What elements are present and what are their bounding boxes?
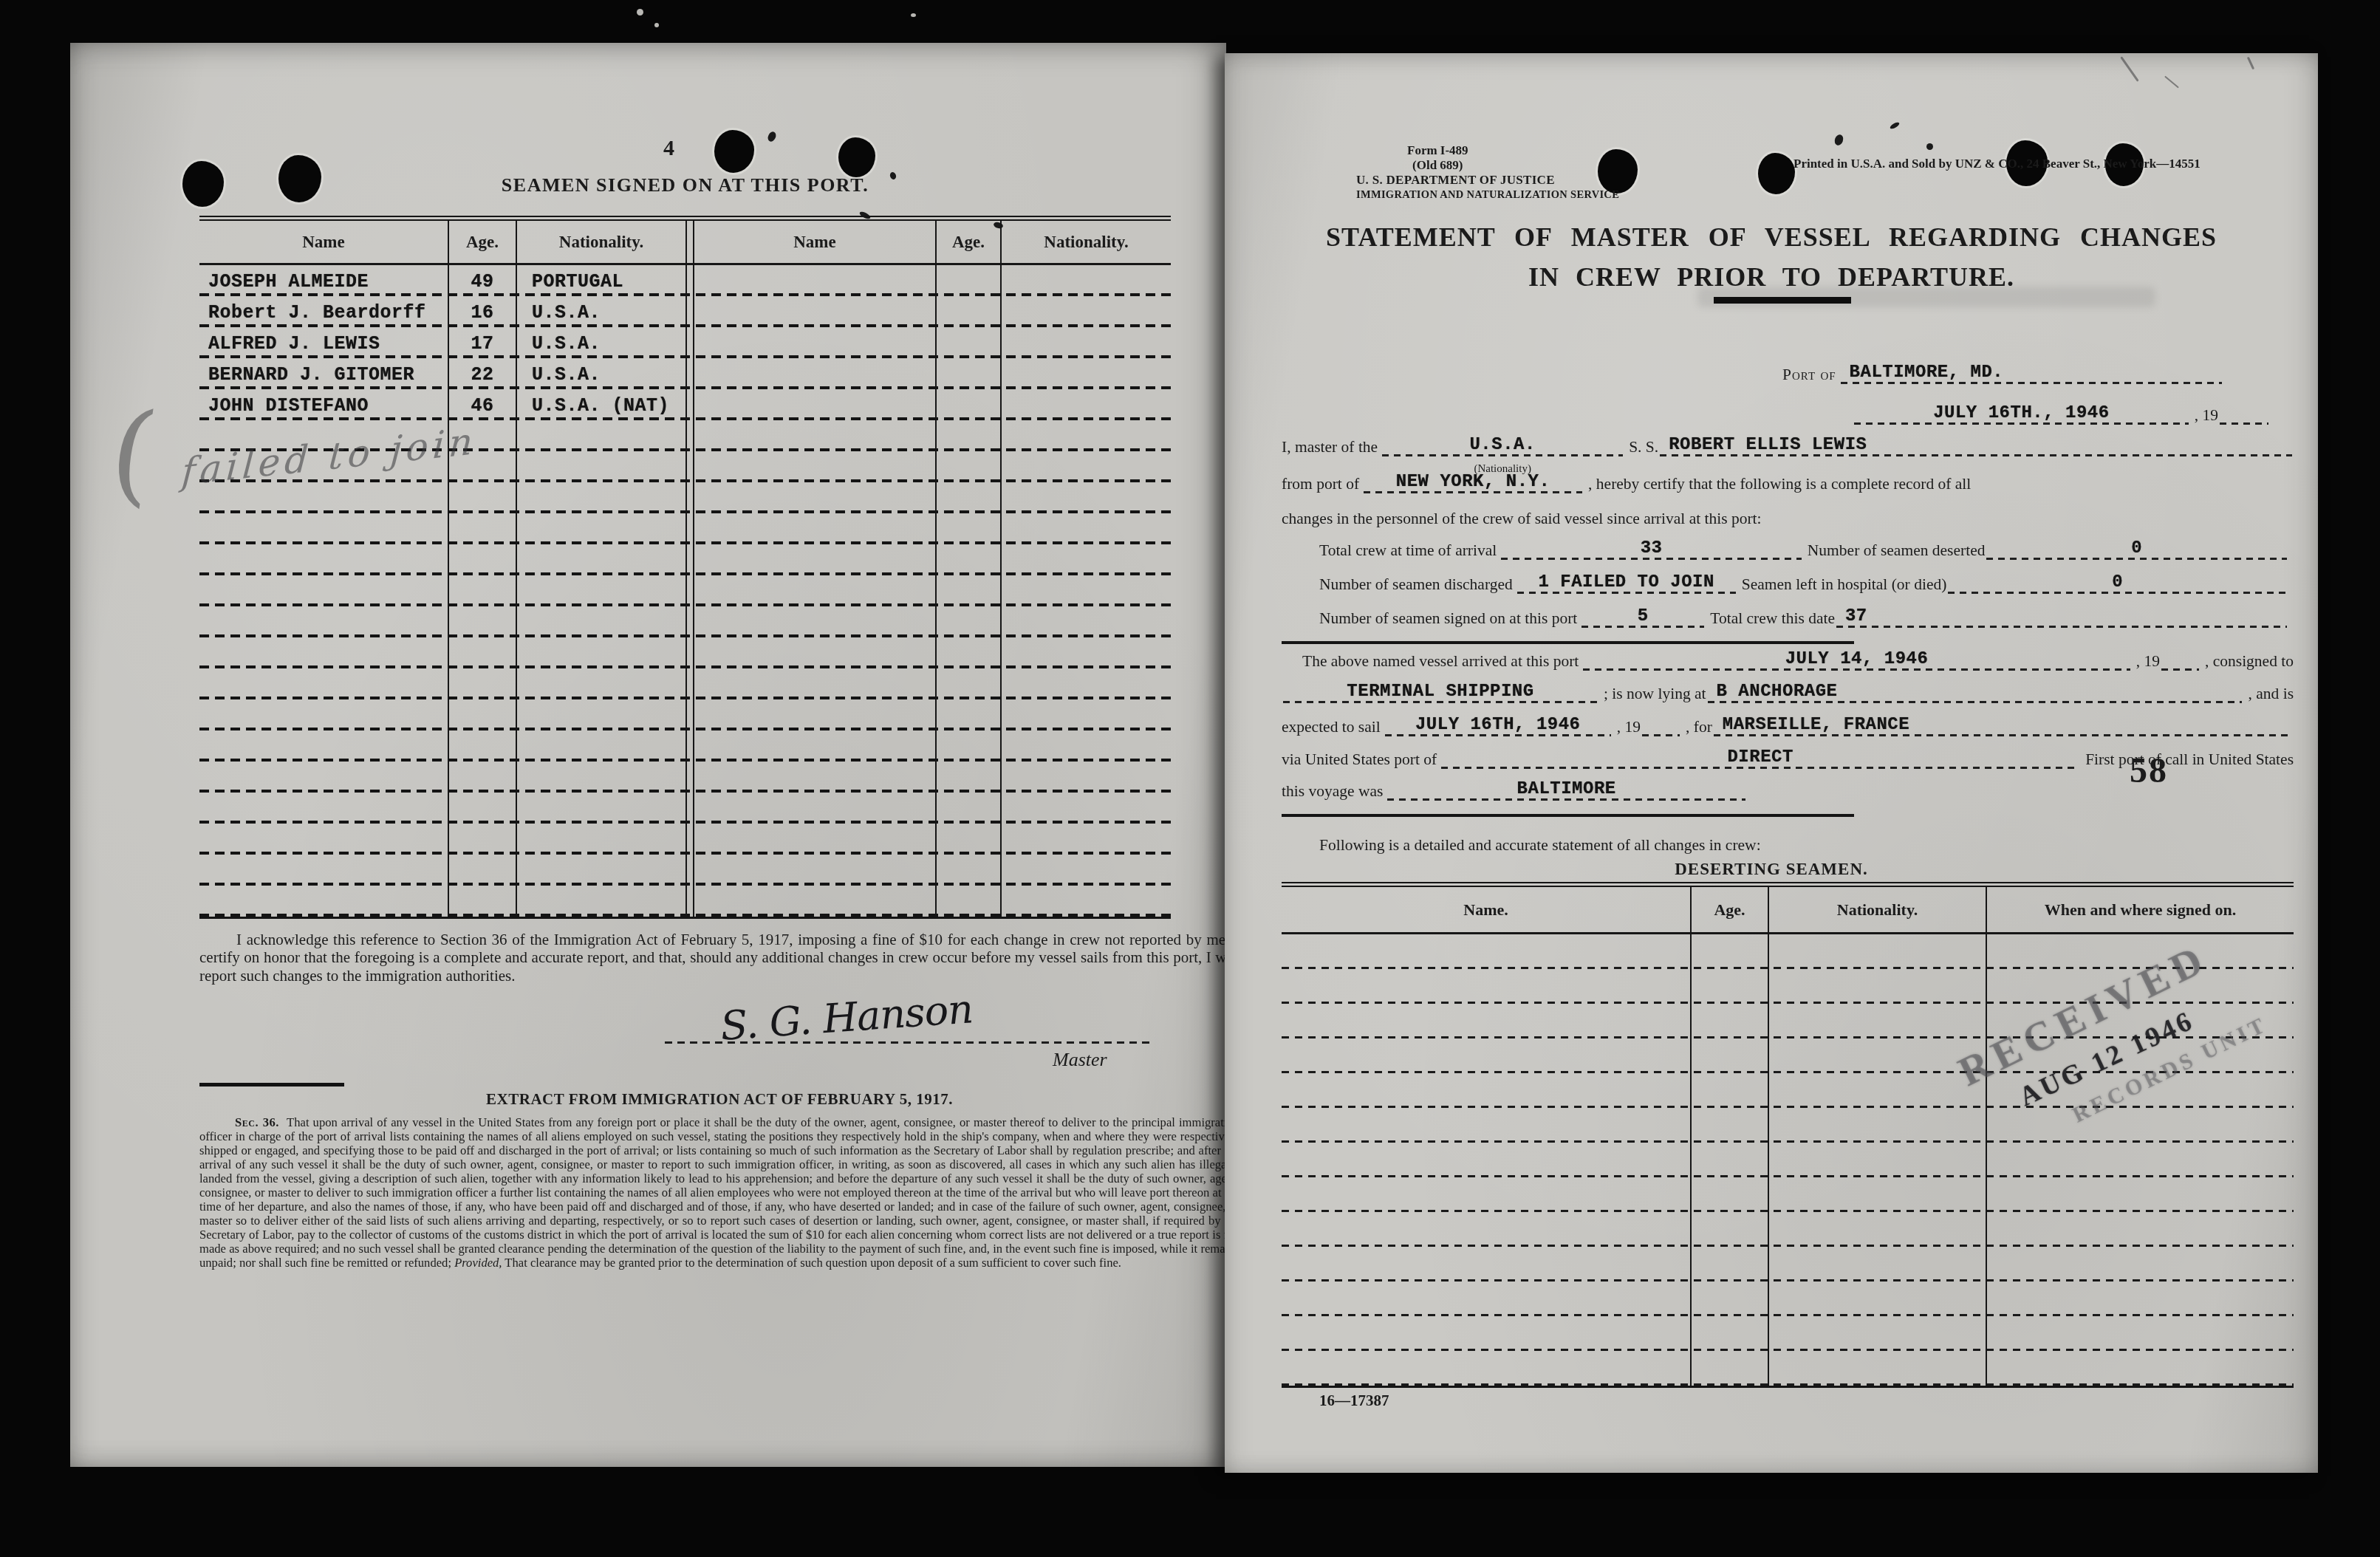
crew-table-row: JOHN DISTEFANO 46 U.S.A. (NAT) <box>199 389 1171 420</box>
master-line: I, master of the U.S.A. (Nationality) S.… <box>1282 430 2294 458</box>
via-field: DIRECT <box>1440 747 2081 770</box>
cell-empty <box>1002 358 1171 389</box>
department-line1: U. S. DEPARTMENT OF JUSTICE <box>1356 173 1619 188</box>
form-number-old: (Old 689) <box>1407 158 1468 173</box>
cell-name: ALFRED J. LEWIS <box>199 327 449 358</box>
crew-table-row: BERNARD J. GITOMER 22 U.S.A. <box>199 358 1171 389</box>
column-header-name: Name <box>694 221 937 263</box>
empty-table-row <box>199 606 1171 637</box>
punch-hole <box>838 137 875 177</box>
table-header-row: Name. Age. Nationality. When and where s… <box>1282 887 2294 934</box>
total-date-field: 37 <box>1835 606 2288 629</box>
empty-table-row <box>1282 1281 2294 1316</box>
seamen-signed-on-table: Name Age. Nationality. Name Age. Nationa… <box>199 216 1171 919</box>
voyage-number: 58 <box>2130 750 2168 791</box>
empty-crew-rows <box>199 420 1171 917</box>
column-divider <box>687 389 694 420</box>
via-label: via United States port of <box>1282 750 1440 770</box>
extract-heading: EXTRACT FROM IMMIGRATION ACT OF FEBRUARY… <box>199 1090 1239 1109</box>
empty-table-row <box>199 699 1171 730</box>
column-divider <box>687 221 694 263</box>
extract-section-36: Sec. 36. That upon arrival of any vessel… <box>199 1115 1239 1270</box>
cell-empty <box>694 389 937 420</box>
cell-name: BERNARD J. GITOMER <box>199 358 449 389</box>
lying-label: ; is now lying at <box>1599 685 1706 705</box>
section-provided: Provided, <box>454 1256 502 1270</box>
form-title-line1: STATEMENT OF MASTER OF VESSEL REGARDING … <box>1254 222 2288 253</box>
from-port-field: NEW YORK, N.Y. <box>1362 472 1584 495</box>
cell-nationality: U.S.A. <box>517 327 687 358</box>
empty-table-row <box>1282 1212 2294 1247</box>
column-divider <box>687 265 694 296</box>
cell-empty <box>937 389 1002 420</box>
right-page: Form I-489 (Old 689) U. S. DEPARTMENT OF… <box>1225 53 2318 1473</box>
master-signature: S. G. Hanson <box>719 985 974 1050</box>
pencil-mark <box>2247 57 2254 70</box>
column-header-age: Age. <box>449 221 517 263</box>
certify-text: , hereby certify that the following is a… <box>1584 475 1971 495</box>
form-number: Form I-489 (Old 689) <box>1407 143 1468 173</box>
cell-age: 17 <box>449 327 517 358</box>
left-page: 4 SEAMEN SIGNED ON AT THIS PORT. Name Ag… <box>70 43 1226 1467</box>
consignee-line: TERMINAL SHIPPING ; is now lying at B AN… <box>1282 677 2294 705</box>
cell-empty <box>1002 389 1171 420</box>
arrived-field: JULY 14, 1946 <box>1581 649 2131 672</box>
empty-table-row <box>199 482 1171 513</box>
from-port-line: from port of NEW YORK, N.Y. , hereby cer… <box>1282 467 2294 495</box>
for-label: , for <box>1681 718 1712 738</box>
empty-table-row <box>199 886 1171 917</box>
sail-label: expected to sail <box>1282 718 1384 738</box>
signature-line <box>665 1041 1154 1044</box>
department-line2: IMMIGRATION AND NATURALIZATION SERVICE <box>1356 188 1619 202</box>
column-header-name: Name. <box>1282 887 1692 932</box>
section-body: That upon arrival of any vessel in the U… <box>199 1115 1239 1270</box>
cell-empty <box>937 327 1002 358</box>
left-page-title: SEAMEN SIGNED ON AT THIS PORT. <box>199 174 1171 196</box>
empty-table-row <box>199 824 1171 855</box>
section-body-end: That clearance may be granted prior to t… <box>502 1256 1122 1270</box>
empty-table-row <box>1282 1143 2294 1177</box>
cell-name: JOHN DISTEFANO <box>199 389 449 420</box>
column-header-signed-on: When and where signed on. <box>1987 887 2294 932</box>
vessel-field: ROBERT ELLIS LEWIS <box>1658 435 2294 458</box>
cell-nationality: U.S.A. <box>517 358 687 389</box>
sail-field: JULY 16TH, 1946 <box>1384 715 1613 738</box>
table-header-row: Name Age. Nationality. Name Age. Nationa… <box>199 221 1171 265</box>
deserting-seamen-table: Name. Age. Nationality. When and where s… <box>1282 882 2294 1388</box>
cell-age: 22 <box>449 358 517 389</box>
arrived-label: The above named vessel arrived at this p… <box>1302 652 1581 672</box>
empty-table-row <box>199 575 1171 606</box>
crew-rows: JOSEPH ALMEIDE 49 PORTUGAL Robert J. Bea… <box>199 265 1171 420</box>
punch-hole <box>1758 153 1795 194</box>
section-label: Sec. 36. <box>235 1115 279 1129</box>
column-header-age: Age. <box>937 221 1002 263</box>
cell-empty <box>937 358 1002 389</box>
empty-table-row <box>199 855 1171 886</box>
deserted-field: 0 <box>1985 538 2288 561</box>
signature-role-label: Master <box>1053 1049 1107 1071</box>
from-port-label: from port of <box>1282 475 1362 495</box>
total-crew-label: Total crew at time of arrival <box>1319 541 1500 561</box>
cell-empty <box>694 296 937 327</box>
signed-on-label: Number of seamen signed on at this port <box>1319 609 1580 629</box>
cell-empty <box>937 296 1002 327</box>
cell-empty <box>937 265 1002 296</box>
cell-nationality: U.S.A. (NAT) <box>517 389 687 420</box>
empty-table-row <box>1282 1247 2294 1281</box>
port-label: Port of <box>1782 366 1839 386</box>
total-crew-field: 33 <box>1500 538 1803 561</box>
lying-field: B ANCHORAGE <box>1706 682 2244 705</box>
cell-empty <box>1002 265 1171 296</box>
nationality-field: U.S.A. (Nationality) <box>1381 435 1624 458</box>
form-number-line: Form I-489 <box>1407 143 1468 158</box>
consigned-label: , consigned to <box>2201 652 2294 672</box>
cell-nationality: PORTUGAL <box>517 265 687 296</box>
punch-hole <box>714 130 754 173</box>
empty-table-row <box>199 730 1171 762</box>
form-print-code: 16—17387 <box>1319 1392 1389 1410</box>
ss-label: S. S. <box>1624 438 1658 458</box>
column-header-age: Age. <box>1692 887 1769 932</box>
ink-speck <box>767 131 778 143</box>
stats-row-2: Number of seamen discharged 1 FAILED TO … <box>1319 567 2288 595</box>
cell-age: 16 <box>449 296 517 327</box>
crew-table-row: JOSEPH ALMEIDE 49 PORTUGAL <box>199 265 1171 296</box>
year-field <box>1641 735 1681 738</box>
ink-speck <box>1833 134 1844 147</box>
empty-table-row <box>199 544 1171 575</box>
column-divider <box>687 358 694 389</box>
year-field <box>2218 423 2270 426</box>
dust-speck <box>637 9 643 16</box>
deserting-seamen-heading: DESERTING SEAMEN. <box>1254 860 2288 879</box>
arrived-line: The above named vessel arrived at this p… <box>1302 644 2294 672</box>
certify-text-2: changes in the personnel of the crew of … <box>1282 510 1762 528</box>
consignee-field: TERMINAL SHIPPING <box>1282 682 1599 705</box>
cell-name: Robert J. Beardorff <box>199 296 449 327</box>
signed-on-field: 5 <box>1580 606 1706 629</box>
dust-speck <box>654 23 659 27</box>
empty-table-row <box>199 637 1171 668</box>
cell-nationality: U.S.A. <box>517 296 687 327</box>
date-field: JULY 16TH., 1946 <box>1853 403 2190 426</box>
printer-line: Printed in U.S.A. and Sold by UNZ & CO.,… <box>1793 157 2201 171</box>
port-line: Port of BALTIMORE, MD. <box>1782 357 2223 386</box>
cell-empty <box>694 327 937 358</box>
title-rule <box>1714 297 1851 304</box>
and-is-label: , and is <box>2243 685 2294 705</box>
crew-table-row: Robert J. Beardorff 16 U.S.A. <box>199 296 1171 327</box>
department-block: U. S. DEPARTMENT OF JUSTICE IMMIGRATION … <box>1356 173 1619 202</box>
pencil-mark <box>2120 56 2138 81</box>
year-label: , 19 <box>1613 718 1641 738</box>
page-number: 4 <box>663 136 674 161</box>
empty-table-row <box>199 513 1171 544</box>
acknowledgment-paragraph: I acknowledge this reference to Section … <box>199 931 1239 985</box>
year-label: , 19 <box>2190 406 2218 426</box>
cell-empty <box>694 358 937 389</box>
sail-line: expected to sail JULY 16TH, 1946 , 19 , … <box>1282 710 2294 738</box>
column-divider <box>687 296 694 327</box>
cell-name: JOSEPH ALMEIDE <box>199 265 449 296</box>
cell-empty <box>1002 296 1171 327</box>
cell-empty <box>694 265 937 296</box>
voyage-line: this voyage was BALTIMORE <box>1282 774 1747 802</box>
pencil-mark <box>2164 76 2179 89</box>
voyage-label: this voyage was <box>1282 782 1386 802</box>
column-header-nationality: Nationality. <box>517 221 687 263</box>
section-divider <box>1282 814 1854 817</box>
hospital-label: Seamen left in hospital (or died) <box>1737 575 1947 595</box>
total-date-label: Total crew this date <box>1706 609 1835 629</box>
column-divider <box>687 327 694 358</box>
year-label: , 19 <box>2132 652 2160 672</box>
hospital-field: 0 <box>1946 572 2288 595</box>
year-field <box>2160 669 2201 672</box>
destination-field: MARSEILLE, FRANCE <box>1712 715 2294 738</box>
empty-table-row <box>1282 1351 2294 1386</box>
handwritten-paren: ( <box>103 386 163 519</box>
cell-age: 49 <box>449 265 517 296</box>
voyage-field: BALTIMORE <box>1386 779 1747 802</box>
stats-row-1: Total crew at time of arrival 33 Number … <box>1319 533 2288 561</box>
date-line: JULY 16TH., 1946 , 19 <box>1853 398 2270 426</box>
empty-table-row <box>1282 1316 2294 1351</box>
empty-table-row <box>199 762 1171 793</box>
section-rule <box>199 1083 344 1087</box>
column-header-nationality: Nationality. <box>1002 221 1171 263</box>
dust-speck <box>911 13 916 17</box>
master-label: I, master of the <box>1282 438 1381 458</box>
following-line: Following is a detailed and accurate sta… <box>1319 836 1761 855</box>
empty-table-row <box>1282 1108 2294 1143</box>
deserted-label: Number of seamen deserted <box>1803 541 1986 561</box>
column-header-nationality: Nationality. <box>1769 887 1987 932</box>
first-port-label: First port of call in United States <box>2081 750 2294 770</box>
discharged-label: Number of seamen discharged <box>1319 575 1516 595</box>
empty-table-row <box>199 668 1171 699</box>
ink-speck <box>1926 143 1933 150</box>
empty-table-row <box>199 793 1171 824</box>
empty-table-row <box>1282 1177 2294 1212</box>
form-title-line2: IN CREW PRIOR TO DEPARTURE. <box>1254 261 2288 292</box>
crew-table-row: ALFRED J. LEWIS 17 U.S.A. <box>199 327 1171 358</box>
discharged-field: 1 FAILED TO JOIN <box>1516 572 1737 595</box>
column-header-name: Name <box>199 221 449 263</box>
cell-empty <box>1002 327 1171 358</box>
port-field: BALTIMORE, MD. <box>1839 363 2223 386</box>
stats-row-3: Number of seamen signed on at this port … <box>1319 601 2288 629</box>
ink-speck <box>1889 121 1900 130</box>
